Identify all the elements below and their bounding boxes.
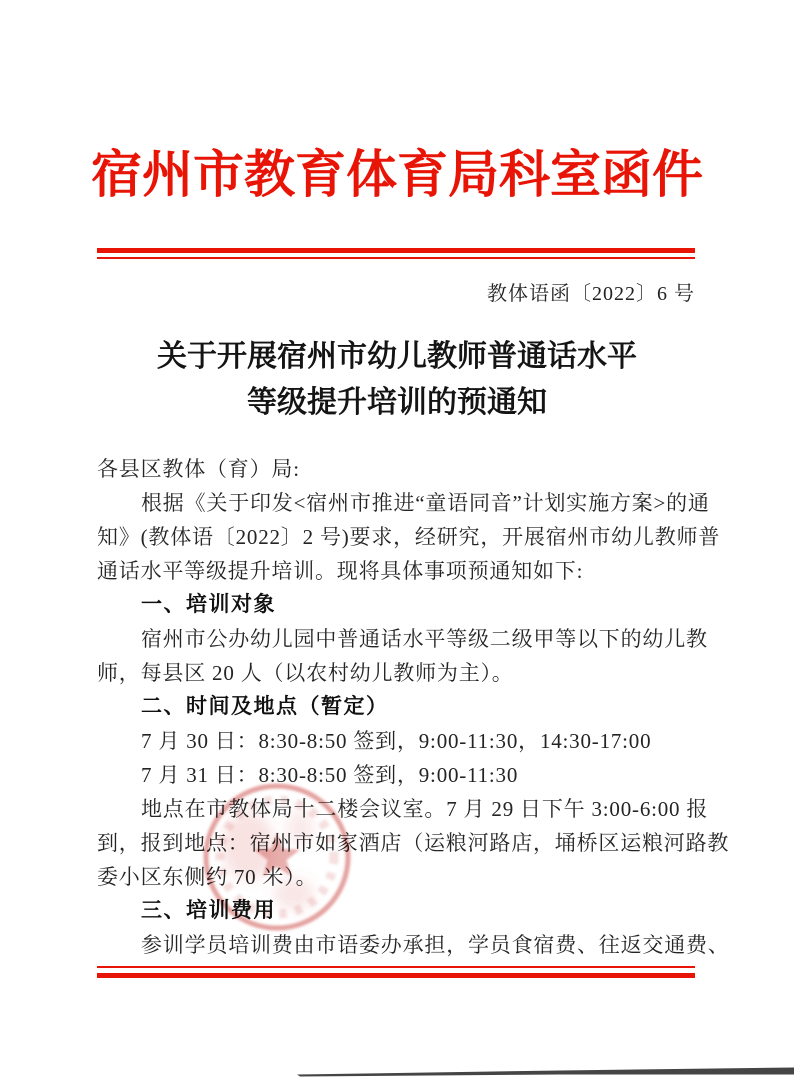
body-line: 委小区东侧约 70 米）。 <box>97 860 737 894</box>
scanned-document-page: 宿州市教育体育局科室函件 教体语函〔2022〕6 号 关于开展宿州市幼儿教师普通… <box>0 0 794 1078</box>
section-heading: 三、培训费用 <box>97 894 737 928</box>
body-line: 地点在市教体局十二楼会议室。7 月 29 日下午 3:00-6:00 报 <box>97 792 737 826</box>
body-line: 7 月 30 日：8:30-8:50 签到，9:00-11:30，14:30-1… <box>97 724 737 758</box>
scan-edge-shadow <box>0 1058 794 1078</box>
letterhead-title: 宿州市教育体育局科室函件 <box>0 140 794 212</box>
header-rule-thick <box>97 248 695 253</box>
header-rule-thin <box>97 257 695 259</box>
body-line: 到，报到地点：宿州市如家酒店（运粮河路店，埇桥区运粮河路教 <box>97 826 737 860</box>
section-heading: 二、时间及地点（暂定） <box>97 690 737 724</box>
document-title: 关于开展宿州市幼儿教师普通话水平 等级提升培训的预通知 <box>0 334 794 426</box>
document-body: 各县区教体（育）局:根据《关于印发<宿州市推进“童语同音”计划实施方案>的通知》… <box>97 452 737 962</box>
body-line: 师，每县区 20 人（以农村幼儿教师为主）。 <box>97 656 737 690</box>
body-line: 根据《关于印发<宿州市推进“童语同音”计划实施方案>的通 <box>97 486 737 520</box>
body-line: 参训学员培训费由市语委办承担，学员食宿费、往返交通费、 <box>97 928 737 962</box>
document-title-line2: 等级提升培训的预通知 <box>0 380 794 426</box>
body-line: 宿州市公办幼儿园中普通话水平等级二级甲等以下的幼儿教 <box>97 622 737 656</box>
body-line: 通话水平等级提升培训。现将具体事项预通知如下: <box>97 554 737 588</box>
body-line: 7 月 31 日：8:30-8:50 签到，9:00-11:30 <box>97 758 737 792</box>
body-line: 各县区教体（育）局: <box>97 452 737 486</box>
footer-rule-thick <box>97 973 695 978</box>
footer-rule-thin <box>97 966 695 968</box>
document-title-line1: 关于开展宿州市幼儿教师普通话水平 <box>0 334 794 380</box>
section-heading: 一、培训对象 <box>97 588 737 622</box>
body-line: 知》(教体语〔2022〕2 号)要求，经研究，开展宿州市幼儿教师普 <box>97 520 737 554</box>
document-number: 教体语函〔2022〕6 号 <box>487 277 695 306</box>
